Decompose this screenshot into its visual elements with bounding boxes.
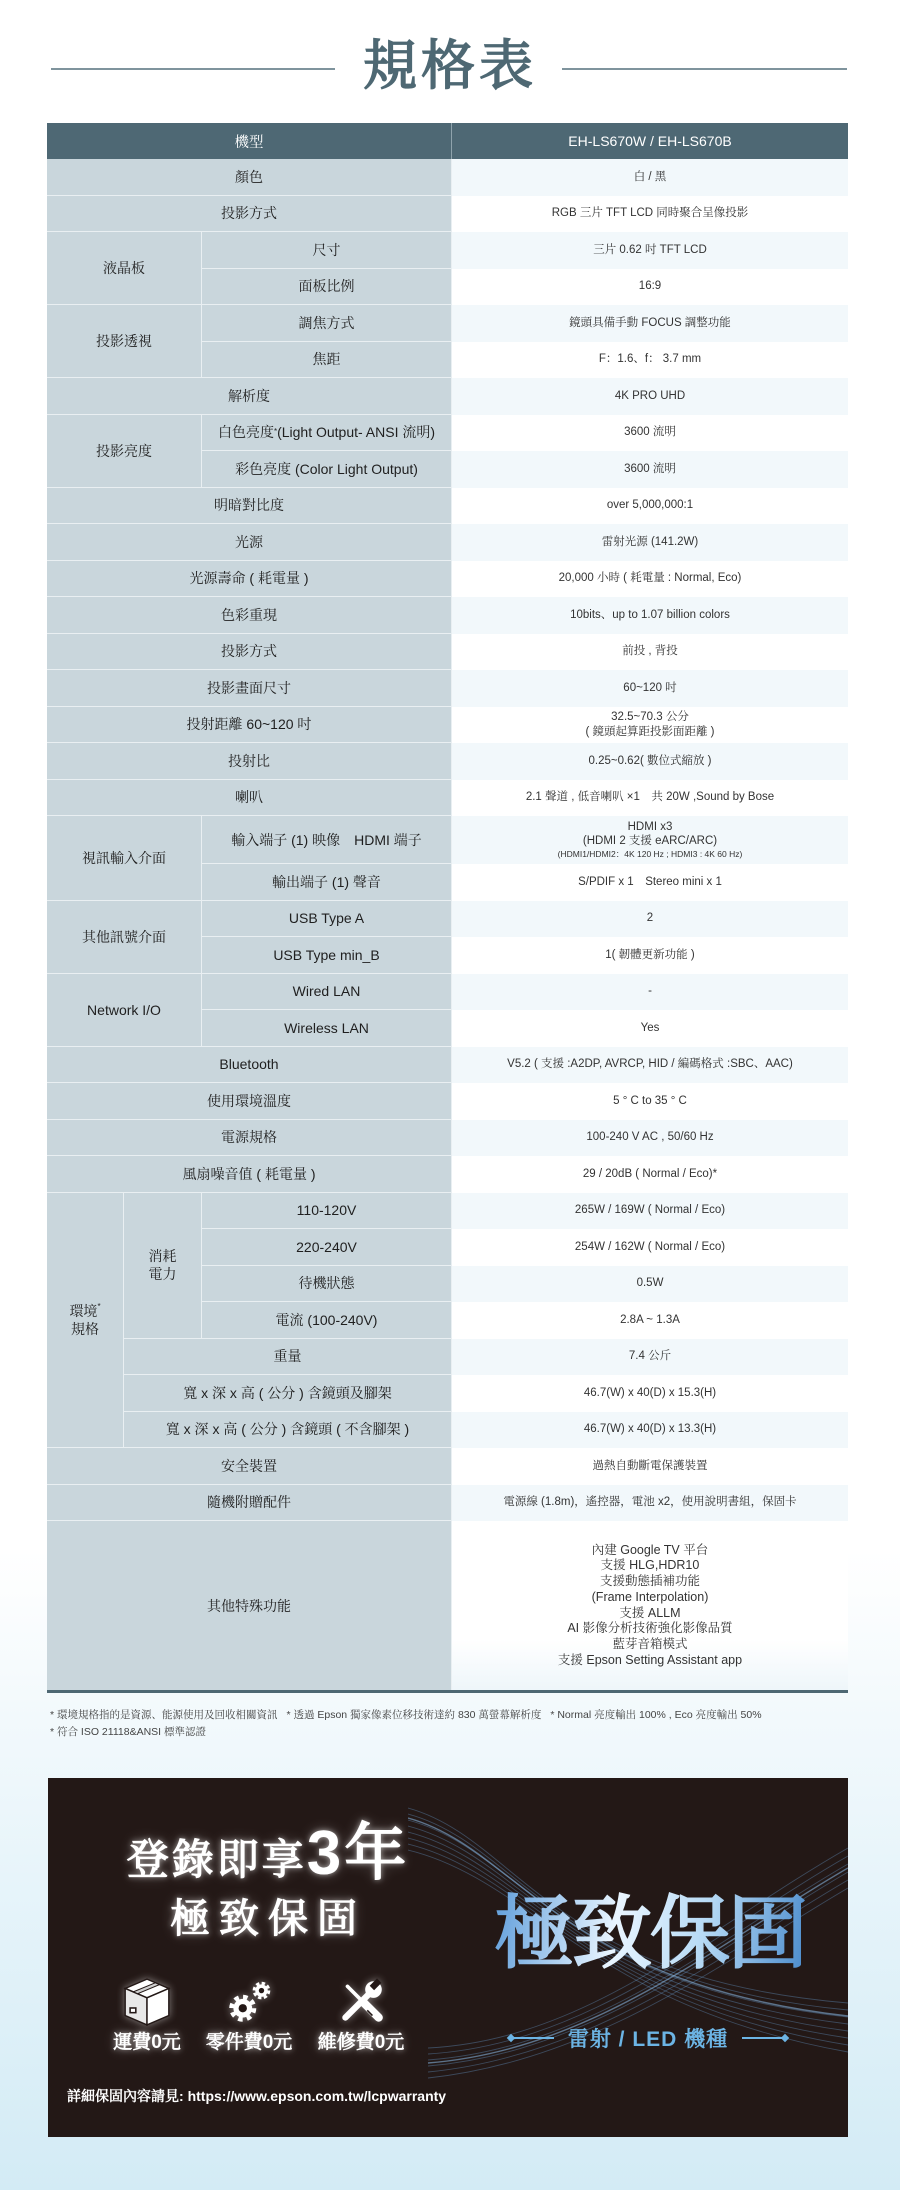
warranty-detail-prefix: 詳細保固內容請見: bbox=[67, 2088, 188, 2104]
warranty-detail-line: 詳細保固內容請見: https://www.epson.com.tw/lcpwa… bbox=[67, 2087, 446, 2105]
page-title: 規格表 bbox=[0, 36, 900, 96]
spec-value-special-features: 內建 Google TV 平台 支援 HLG,HDR10 支援動態插補功能 (F… bbox=[452, 1521, 848, 1690]
spec-value-aspect-ratio: 16:9 bbox=[452, 269, 848, 306]
hdmi-input-line: (HDMI1/HDMI2：4K 120 Hz ; HDMI3 : 4K 60 H… bbox=[558, 848, 743, 860]
feature-line: 支援 HLG,HDR10 bbox=[601, 1558, 700, 1574]
banner-subtitle-row: 雷射 / LED 機種 bbox=[488, 2026, 808, 2050]
spec-label-weight: 重量 bbox=[124, 1339, 452, 1376]
benefit-parts: 零件費0元 bbox=[189, 1976, 309, 2054]
white-brightness-suffix: (Light Output- ANSI 流明) bbox=[277, 422, 435, 442]
spec-value-color-brightness: 3600 流明 bbox=[452, 451, 848, 488]
spec-label-aspect-ratio: 面板比例 bbox=[202, 269, 452, 306]
spec-value-hdmi-input: HDMI x3 (HDMI 2 支援 eARC/ARC) (HDMI1/HDMI… bbox=[452, 816, 848, 864]
diamond-line-decoration-right bbox=[742, 2035, 788, 2041]
feature-line: 藍芽音箱模式 bbox=[612, 1637, 687, 1653]
title-divider-right bbox=[562, 68, 847, 70]
spec-group-environment: 環境* 規格 bbox=[47, 1193, 124, 1449]
spec-value-power-supply: 100-240 V AC , 50/60 Hz bbox=[452, 1120, 848, 1157]
spec-value-speaker: 2.1 聲道 , 低音喇叭 ×1 共 20W ,Sound by Bose bbox=[452, 780, 848, 817]
spec-value-dimensions-with-stand: 46.7(W) x 40(D) x 15.3(H) bbox=[452, 1375, 848, 1412]
feature-line: 支援動態插補功能 bbox=[600, 1574, 700, 1590]
spec-label-wired-lan: Wired LAN bbox=[202, 974, 452, 1011]
spec-label-power-220v: 220-240V bbox=[202, 1229, 452, 1266]
spec-value-throw-ratio: 0.25~0.62( 數位式縮放 ) bbox=[452, 743, 848, 780]
feature-line: (Frame Interpolation) bbox=[592, 1590, 709, 1606]
spec-label-current: 電流 (100-240V) bbox=[202, 1302, 452, 1339]
spec-value-contrast: over 5,000,000:1 bbox=[452, 488, 848, 525]
spec-value-usb-mini-b: 1( 韌體更新功能 ) bbox=[452, 937, 848, 974]
banner-brand-title: 極致保固 bbox=[480, 1886, 820, 1980]
power-consumption-line: 電力 bbox=[149, 1265, 177, 1283]
spec-label-light-source: 光源 bbox=[47, 524, 452, 561]
spec-value-dimensions-without-stand: 46.7(W) x 40(D) x 13.3(H) bbox=[452, 1412, 848, 1449]
spec-label-screen-size: 投影畫面尺寸 bbox=[47, 670, 452, 707]
headline-highlight: 3年 bbox=[307, 1819, 409, 1888]
spec-label-standby: 待機狀態 bbox=[202, 1266, 452, 1303]
spec-group-brightness: 投影亮度 bbox=[47, 415, 202, 488]
spec-value-color-reproduction: 10bits、up to 1.07 billion colors bbox=[452, 597, 848, 634]
spec-group-projection-lens: 投影透視 bbox=[47, 305, 202, 378]
spec-label-installation: 投影方式 bbox=[47, 634, 452, 671]
footnote-marker: * bbox=[97, 1302, 100, 1311]
spec-value-standby: 0.5W bbox=[452, 1266, 848, 1303]
spec-value-light-source: 雷射光源 (141.2W) bbox=[452, 524, 848, 561]
spec-value-power-220v: 254W / 162W ( Normal / Eco) bbox=[452, 1229, 848, 1266]
spec-group-other-interface: 其他訊號介面 bbox=[47, 901, 202, 974]
banner-subtitle: 雷射 / LED 機種 bbox=[568, 2023, 728, 2053]
warranty-banner: 登錄即享3年 極致保固 運費0元 零件費0元 bbox=[48, 1778, 848, 2137]
warranty-url-link[interactable]: https://www.epson.com.tw/lcpwarranty bbox=[188, 2088, 447, 2104]
spec-value-throw-distance: 32.5~70.3 公分 ( 鏡頭起算距投影面距離 ) bbox=[452, 707, 848, 744]
spec-value-wired-lan: - bbox=[452, 974, 848, 1011]
throw-distance-line: 32.5~70.3 公分 bbox=[611, 710, 689, 725]
throw-distance-line: ( 鏡頭起算距投影面距離 ) bbox=[585, 725, 714, 740]
spec-value-focus: 鏡頭具備手動 FOCUS 調整功能 bbox=[452, 305, 848, 342]
spec-table: 機型 EH-LS670W / EH-LS670B 顏色 白 / 黑 投影方式 R… bbox=[47, 123, 848, 1693]
spec-label-accessories: 隨機附贈配件 bbox=[47, 1485, 452, 1522]
spec-value-fan-noise: 29 / 20dB ( Normal / Eco)* bbox=[452, 1156, 848, 1193]
spec-value-usb-a: 2 bbox=[452, 901, 848, 938]
header-model-value: EH-LS670W / EH-LS670B bbox=[452, 123, 848, 159]
spec-label-color-brightness: 彩色亮度 (Color Light Output) bbox=[202, 451, 452, 488]
tools-icon bbox=[335, 1976, 387, 2028]
white-brightness-text: 白色亮度 bbox=[218, 422, 274, 442]
feature-line: AI 影像分析技術強化影像品質 bbox=[567, 1621, 732, 1637]
spec-label-speaker: 喇叭 bbox=[47, 780, 452, 817]
spec-value-screen-size: 60~120 吋 bbox=[452, 670, 848, 707]
spec-label-bluetooth: Bluetooth bbox=[47, 1047, 452, 1084]
benefit-repair: 維修費0元 bbox=[301, 1976, 421, 2054]
gears-icon bbox=[223, 1976, 275, 2028]
environment-group-line2: 規格 bbox=[71, 1320, 99, 1338]
spec-label-usb-mini-b: USB Type min_B bbox=[202, 937, 452, 974]
power-consumption-line: 消耗 bbox=[149, 1247, 177, 1265]
spec-label-wireless-lan: Wireless LAN bbox=[202, 1010, 452, 1047]
spec-value-power-110v: 265W / 169W ( Normal / Eco) bbox=[452, 1193, 848, 1230]
spec-label-light-life: 光源壽命 ( 耗電量 ) bbox=[47, 561, 452, 598]
spec-value-resolution: 4K PRO UHD bbox=[452, 378, 848, 415]
spec-label-audio-output: 輸出端子 (1) 聲音 bbox=[202, 864, 452, 901]
spec-label-power-110v: 110-120V bbox=[202, 1193, 452, 1230]
spec-label-dimensions-with-stand: 寬 x 深 x 高 ( 公分 ) 含鏡頭及腳架 bbox=[124, 1375, 452, 1412]
benefit-label: 維修費0元 bbox=[301, 2032, 421, 2054]
spec-label-operating-temp: 使用環境溫度 bbox=[47, 1083, 452, 1120]
feature-line: 支援 Epson Setting Assistant app bbox=[558, 1653, 742, 1669]
environment-group-line: 環境* bbox=[69, 1302, 100, 1320]
banner-headline-line2: 極致保固 bbox=[68, 1896, 468, 1942]
feature-line: 支援 ALLM bbox=[619, 1606, 680, 1622]
spec-value-panel-size: 三片 0.62 吋 TFT LCD bbox=[452, 232, 848, 269]
spec-group-video-interface: 視訊輸入介面 bbox=[47, 816, 202, 901]
header-model-label: 機型 bbox=[47, 123, 452, 159]
spec-value-weight: 7.4 公斤 bbox=[452, 1339, 848, 1376]
spec-subgroup-power-consumption: 消耗 電力 bbox=[124, 1193, 202, 1339]
spec-label-projection-system: 投影方式 bbox=[47, 196, 452, 233]
spec-label-contrast: 明暗對比度 bbox=[47, 488, 452, 525]
spec-label-focus: 調焦方式 bbox=[202, 305, 452, 342]
environment-group-text: 環境 bbox=[69, 1303, 97, 1319]
spec-label-color: 顏色 bbox=[47, 159, 452, 196]
hdmi-input-line: (HDMI 2 支援 eARC/ARC) bbox=[583, 834, 717, 848]
spec-value-focal-length: F：1.6、f： 3.7 mm bbox=[452, 342, 848, 379]
spec-value-projection-system: RGB 三片 TFT LCD 同時聚合呈像投影 bbox=[452, 196, 848, 233]
spec-group-lcd-panel: 液晶板 bbox=[47, 232, 202, 305]
spec-label-safety: 安全裝置 bbox=[47, 1448, 452, 1485]
feature-line: 內建 Google TV 平台 bbox=[592, 1543, 708, 1559]
spec-label-special-features: 其他特殊功能 bbox=[47, 1521, 452, 1690]
spec-label-power-supply: 電源規格 bbox=[47, 1120, 452, 1157]
spec-value-operating-temp: 5 ° C to 35 ° C bbox=[452, 1083, 848, 1120]
spec-label-color-reproduction: 色彩重現 bbox=[47, 597, 452, 634]
spec-label-white-brightness: 白色亮度*(Light Output- ANSI 流明) bbox=[202, 415, 452, 452]
headline-prefix: 登錄即享 bbox=[127, 1836, 307, 1883]
footnote-line-1: * 環境規格指的是資源、能源使用及回收相關資訊 * 透過 Epson 獨家像素位… bbox=[50, 1707, 768, 1724]
spec-label-focal-length: 焦距 bbox=[202, 342, 452, 379]
spec-label-panel-size: 尺寸 bbox=[202, 232, 452, 269]
spec-page: 規格表 機型 EH-LS670W / EH-LS670B 顏色 白 / 黑 投影… bbox=[0, 0, 900, 2190]
hdmi-input-line: HDMI x3 bbox=[628, 820, 673, 834]
footnote: * Normal 亮度輸出 100% , Eco 亮度輸出 50% bbox=[550, 1709, 761, 1721]
spec-value-installation: 前投 , 背投 bbox=[452, 634, 848, 671]
spec-label-hdmi-input: 輸入端子 (1) 映像 HDMI 端子 bbox=[202, 816, 452, 864]
banner-headline: 登錄即享3年 bbox=[68, 1822, 468, 1902]
spec-value-bluetooth: V5.2 ( 支援 :A2DP, AVRCP, HID / 編碼格式 :SBC、… bbox=[452, 1047, 848, 1084]
spec-value-wireless-lan: Yes bbox=[452, 1010, 848, 1047]
spec-label-dimensions-without-stand: 寬 x 深 x 高 ( 公分 ) 含鏡頭 ( 不含腳架 ) bbox=[124, 1412, 452, 1449]
footnote: * 環境規格指的是資源、能源使用及回收相關資訊 bbox=[50, 1709, 278, 1721]
spec-value-white-brightness: 3600 流明 bbox=[452, 415, 848, 452]
spec-value-accessories: 電源線 (1.8m)，遙控器，電池 x2，使用說明書組，保固卡 bbox=[452, 1485, 848, 1522]
spec-value-current: 2.8A ~ 1.3A bbox=[452, 1302, 848, 1339]
spec-group-network: Network I/O bbox=[47, 974, 202, 1047]
box-icon bbox=[121, 1976, 173, 2028]
spec-label-throw-distance: 投射距離 60~120 吋 bbox=[47, 707, 452, 744]
spec-value-color: 白 / 黑 bbox=[452, 159, 848, 196]
spec-value-safety: 過熱自動斷電保護裝置 bbox=[452, 1448, 848, 1485]
footnote: * 透過 Epson 獨家像素位移技術達約 830 萬螢幕解析度 bbox=[286, 1709, 541, 1721]
diamond-line-decoration-left bbox=[508, 2035, 554, 2041]
benefit-label: 零件費0元 bbox=[189, 2032, 309, 2054]
spec-label-usb-a: USB Type A bbox=[202, 901, 452, 938]
spec-label-fan-noise: 風扇噪音值 ( 耗電量 ) bbox=[47, 1156, 452, 1193]
spec-label-throw-ratio: 投射比 bbox=[47, 743, 452, 780]
footnote-line-2: * 符合 ISO 21118&ANSI 標準認證 bbox=[50, 1724, 768, 1741]
spec-label-resolution: 解析度 bbox=[47, 378, 452, 415]
footnotes: * 環境規格指的是資源、能源使用及回收相關資訊 * 透過 Epson 獨家像素位… bbox=[50, 1707, 768, 1741]
spec-value-audio-output: S/PDIF x 1 Stereo mini x 1 bbox=[452, 864, 848, 901]
spec-value-light-life: 20,000 小時 ( 耗電量 : Normal, Eco) bbox=[452, 561, 848, 598]
